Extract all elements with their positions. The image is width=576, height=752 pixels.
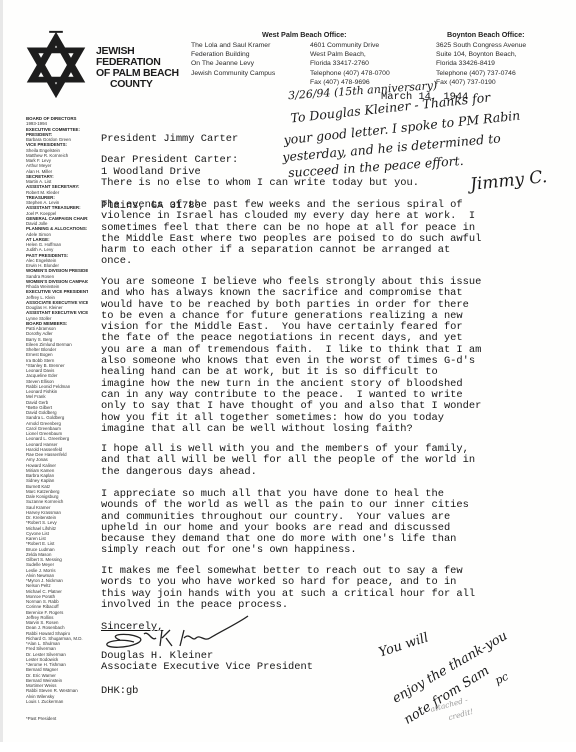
address-line: Suite 104, Boynton Beach, (436, 50, 526, 59)
paragraph-line: simply reach out for one's own happiness… (101, 545, 469, 556)
kleiner-signature-icon (100, 612, 250, 654)
signer-title: Associate Executive Vice President (101, 662, 313, 673)
paragraph-line: violence in Israel has clouded my every … (101, 211, 481, 222)
paragraph-line: imagine that all can be well without los… (101, 424, 481, 435)
board-section-heading: Assistant Treasurer: (26, 205, 88, 210)
address-line: The Lola and Saul Kramer (191, 41, 275, 50)
west-palm-office-address: 4601 Community Drive West Palm Beach, Fl… (310, 41, 390, 87)
scan-margin (0, 742, 576, 752)
paragraph-line: There is no else to whom I can write tod… (101, 178, 419, 189)
board-member: Louis I. Zuckerman (26, 699, 88, 704)
paragraph-line: and that all will be well for all the pe… (101, 455, 475, 466)
org-name-line: COUNTY (96, 79, 179, 90)
address-line: Florida 33426-8419 (436, 59, 526, 68)
boynton-office-heading: Boynton Beach Office: (447, 30, 524, 39)
board-section-heading: Executive Vice President: (26, 289, 88, 294)
handwritten-initials: pc (493, 670, 510, 687)
paragraph-5: I appreciate so much all that you have d… (101, 489, 469, 557)
reference-initials: DHK:gb (101, 686, 138, 697)
address-line: West Palm Beach, (310, 50, 390, 59)
faint-pencil-note: credit! (447, 707, 474, 722)
boynton-office-address: 3625 South Congress Avenue Suite 104, Bo… (436, 41, 526, 87)
board-section-heading: Assistant Executive Vice President: (26, 310, 88, 315)
handwritten-bottom-line: You will (377, 630, 431, 660)
letter-page: JEWISH FEDERATION OF PALM BEACH COUNTY W… (0, 0, 576, 743)
fax-line: Fax (407) 737-0190 (436, 78, 526, 87)
address-line: 3625 South Congress Avenue (436, 41, 526, 50)
past-president-footnote: *Past President (26, 716, 88, 721)
organization-name: JEWISH FEDERATION OF PALM BEACH COUNTY (96, 46, 179, 90)
board-section-heading: Women's Division President: (26, 268, 88, 273)
paragraph-3: You are someone I believe who feels stro… (101, 277, 481, 435)
board-section-heading: Executive Committee: (26, 127, 88, 132)
scan-edge (0, 0, 3, 742)
address-line: Jewish Community Campus (191, 69, 275, 78)
phone-line: Telephone (407) 478-0700 (310, 69, 390, 78)
paragraph-4: I hope all is well with you and the memb… (101, 444, 475, 478)
paragraph-line: the dangerous days ahead. (101, 467, 475, 478)
address-line: On The Jeanne Levy (191, 59, 275, 68)
paragraph-line: once. (101, 256, 481, 267)
paragraph-6: It makes me feel somewhat better to reac… (101, 566, 475, 611)
paragraph-line: words to you who have worked so hard for… (101, 577, 475, 588)
paragraph-line: only to say that I have thought of you a… (101, 401, 481, 412)
west-palm-office-building: The Lola and Saul Kramer Federation Buil… (191, 41, 275, 78)
paragraph-1: There is no else to whom I can write tod… (101, 178, 419, 189)
address-line: 4601 Community Drive (310, 41, 390, 50)
carter-signature: Jimmy C. (469, 167, 548, 195)
paragraph-2: The events of the past few weeks and the… (101, 200, 481, 268)
address-line: Florida 33417-2760 (310, 59, 390, 68)
paragraph-line: healing hand can be at work, but it is s… (101, 367, 481, 378)
board-section-heading: Planning & Allocations: (26, 226, 88, 231)
star-of-david-icon (16, 26, 96, 104)
paragraph-line: and who has always known the sacrifice a… (101, 288, 481, 299)
paragraph-line: involved in the peace process. (101, 600, 475, 611)
paragraph-line: harm to each other if a separation canno… (101, 245, 481, 256)
recipient-name: President Jimmy Carter (101, 134, 238, 145)
west-palm-office-heading: West Palm Beach Office: (262, 30, 347, 39)
phone-line: Telephone (407) 737-0746 (436, 69, 526, 78)
address-line: Federation Building (191, 50, 275, 59)
salutation: Dear President Carter: (101, 155, 238, 166)
board-of-directors-list: Board of Directors1993-1994Executive Com… (26, 116, 88, 721)
paragraph-line: wounds of the world as well as the pain … (101, 500, 469, 511)
board-section-heading: Assistant Secretary: (26, 184, 88, 189)
